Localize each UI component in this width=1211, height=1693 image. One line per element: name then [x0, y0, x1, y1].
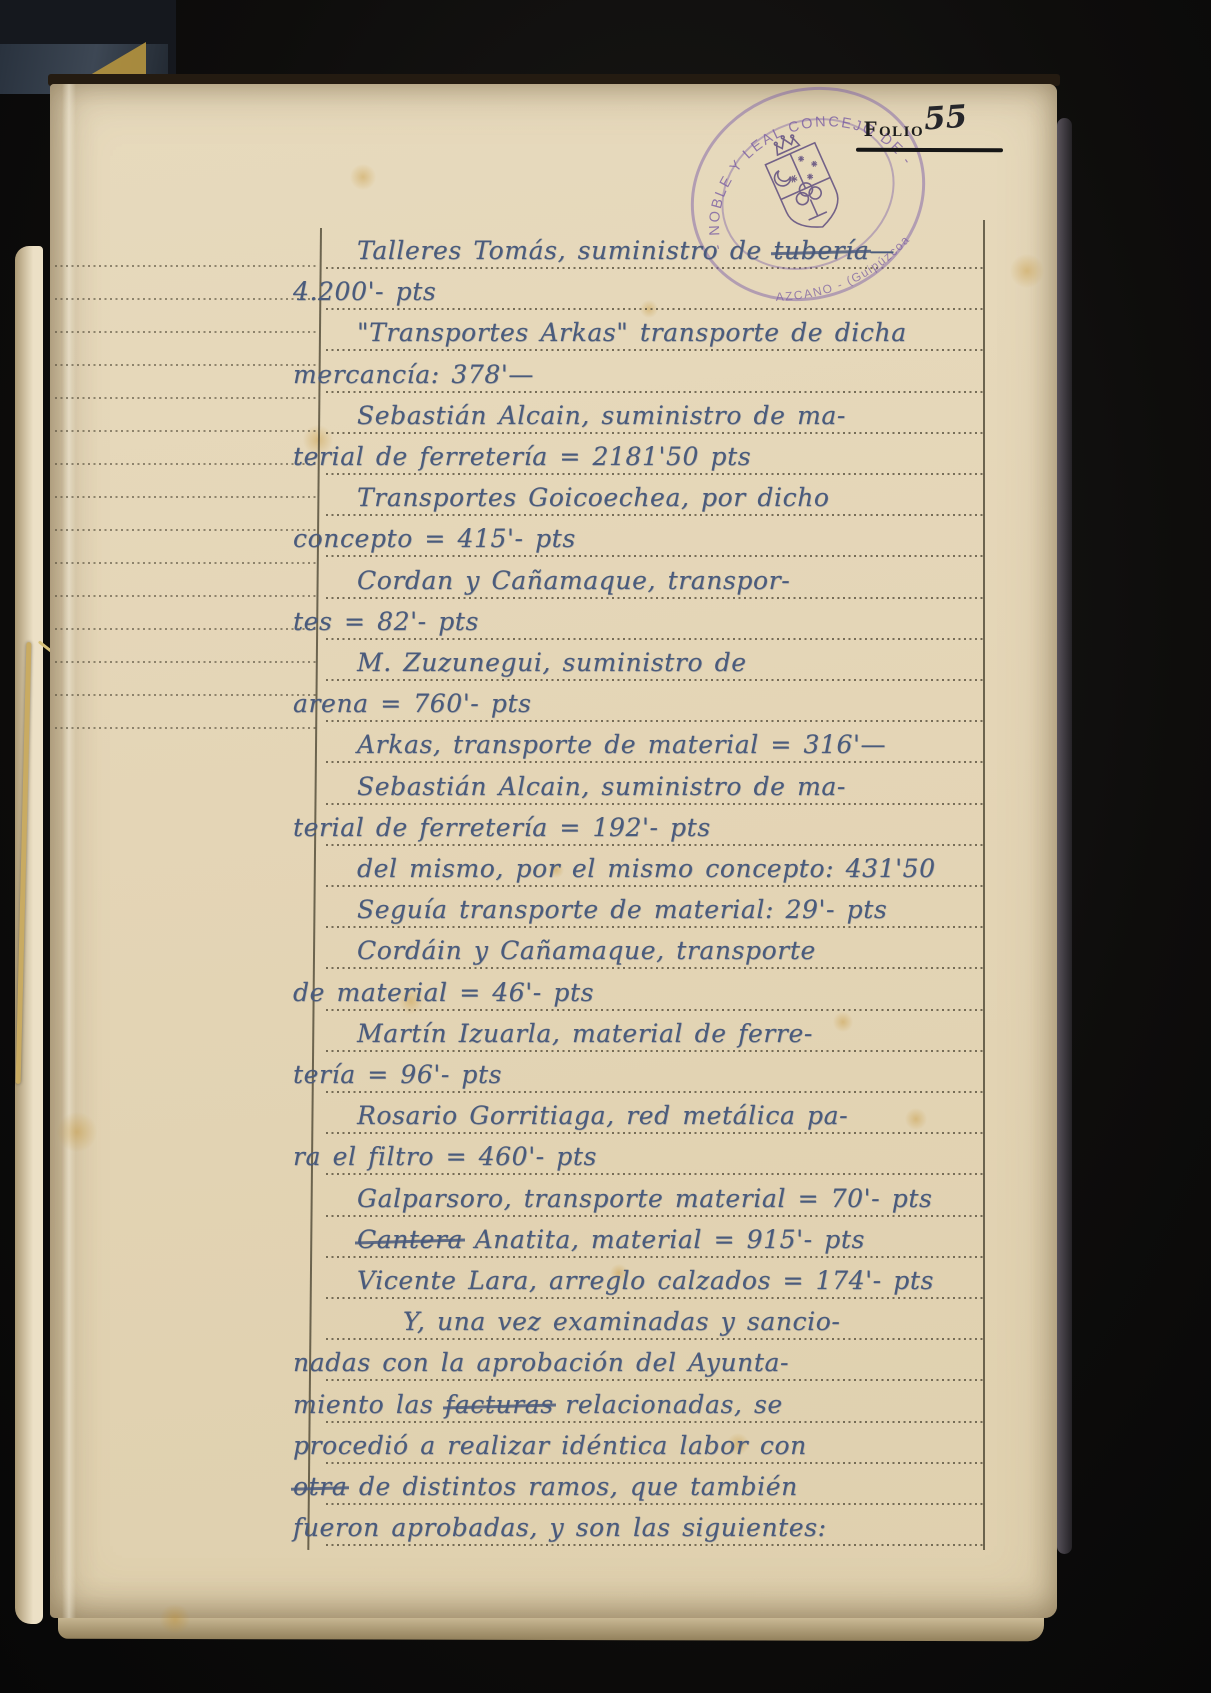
age-stain [1010, 254, 1044, 288]
margin-ruled-line [55, 331, 318, 333]
manuscript-line: otra de distintos ramos, que también [293, 1468, 798, 1505]
margin-ruled-line [55, 496, 318, 498]
manuscript-line: procedió a realizar idéntica labor con [293, 1427, 807, 1464]
manuscript-line: 4.200'- pts [293, 273, 436, 310]
manuscript-line: Sebastián Alcain, suministro de ma- [357, 397, 846, 434]
binding-crease-highlight [62, 84, 76, 1618]
manuscript-line: Vicente Lara, arreglo calzados = 174'- p… [357, 1262, 934, 1299]
margin-ruled-line [55, 265, 318, 267]
manuscript-line: Martín Izuarla, material de ferre- [357, 1015, 813, 1052]
struck-word: facturas [445, 1390, 554, 1419]
manuscript-line: tes = 82'- pts [293, 603, 479, 640]
manuscript-line: Cantera Anatita, material = 915'- pts [357, 1221, 865, 1258]
manuscript-line: concepto = 415'- pts [293, 520, 576, 557]
manuscript-line: Cordáin y Cañamaque, transporte [357, 932, 816, 969]
age-stain [833, 1012, 853, 1032]
margin-ruled-line [55, 529, 318, 531]
star-icon [810, 160, 818, 168]
municipal-rubber-stamp: - NOBLE Y LEAL CONCEJO DE - LAZCANO - (G… [658, 70, 958, 320]
manuscript-line: terial de ferretería = 192'- pts [293, 809, 711, 846]
manuscript-line: Galparsoro, transporte material = 70'- p… [357, 1180, 932, 1217]
manuscript-line: fueron aprobadas, y son las siguientes: [293, 1509, 827, 1546]
manuscript-line: Cordan y Cañamaque, transpor- [357, 562, 790, 599]
age-stain [350, 164, 376, 190]
manuscript-line: M. Zuzunegui, suministro de [357, 644, 747, 681]
margin-ruled-line [55, 595, 318, 597]
manuscript-line: arena = 760'- pts [293, 685, 532, 722]
scanned-book-photo: { "page": { "folio_label": "Folio", "fol… [0, 0, 1211, 1693]
struck-word: Cantera [357, 1225, 463, 1254]
manuscript-line: terial de ferretería = 2181'50 pts [293, 438, 751, 475]
manuscript-page: - NOBLE Y LEAL CONCEJO DE - LAZCANO - (G… [50, 84, 1057, 1618]
struck-word: tubería [773, 236, 869, 265]
margin-ruled-line [55, 397, 318, 399]
folio-underline [856, 148, 1003, 152]
manuscript-line: Y, una vez examinadas y sancio- [403, 1303, 840, 1340]
manuscript-line: del mismo, por el mismo concepto: 431'50 [357, 850, 936, 887]
page-right-edge [1057, 118, 1072, 1554]
manuscript-line: Rosario Gorritiaga, red metálica pa- [357, 1097, 848, 1134]
margin-ruled-line [55, 298, 318, 300]
age-stain [57, 1112, 97, 1152]
manuscript-line: ra el filtro = 460'- pts [293, 1138, 597, 1175]
margin-ruled-line [55, 727, 318, 729]
folio-label: Folio [864, 116, 924, 142]
age-stain [160, 1604, 190, 1634]
age-stain [905, 1108, 927, 1130]
manuscript-line: Transportes Goicoechea, por dicho [357, 479, 830, 516]
manuscript-line: mercancía: 378'— [293, 356, 534, 393]
margin-ruled-line [55, 661, 318, 663]
folio-number: 55 [923, 99, 969, 138]
manuscript-line: "Transportes Arkas" transporte de dicha [357, 314, 907, 351]
manuscript-line: Seguía transporte de material: 29'- pts [357, 891, 887, 928]
margin-ruled-line [55, 463, 318, 465]
margin-ruled-line [55, 628, 318, 630]
manuscript-line: Sebastián Alcain, suministro de ma- [357, 768, 846, 805]
star-icon [797, 155, 805, 163]
margin-ruled-line [55, 562, 318, 564]
margin-ruled-line [55, 430, 318, 432]
struck-word: otra [293, 1472, 347, 1501]
margin-ruled-line [55, 694, 318, 696]
manuscript-line: Arkas, transporte de material = 316'— [357, 726, 886, 763]
shield-icon [765, 143, 847, 238]
star-icon [806, 173, 814, 181]
manuscript-line: de material = 46'- pts [293, 974, 594, 1011]
manuscript-line: tería = 96'- pts [293, 1056, 502, 1093]
right-margin-line [983, 220, 985, 1550]
tree-icon [791, 178, 829, 221]
manuscript-line: Talleres Tomás, suministro de tubería— [357, 232, 895, 269]
manuscript-line: miento las facturas relacionadas, se [293, 1386, 783, 1423]
margin-ruled-line [55, 364, 318, 366]
manuscript-line: nadas con la aprobación del Ayunta- [293, 1344, 789, 1381]
